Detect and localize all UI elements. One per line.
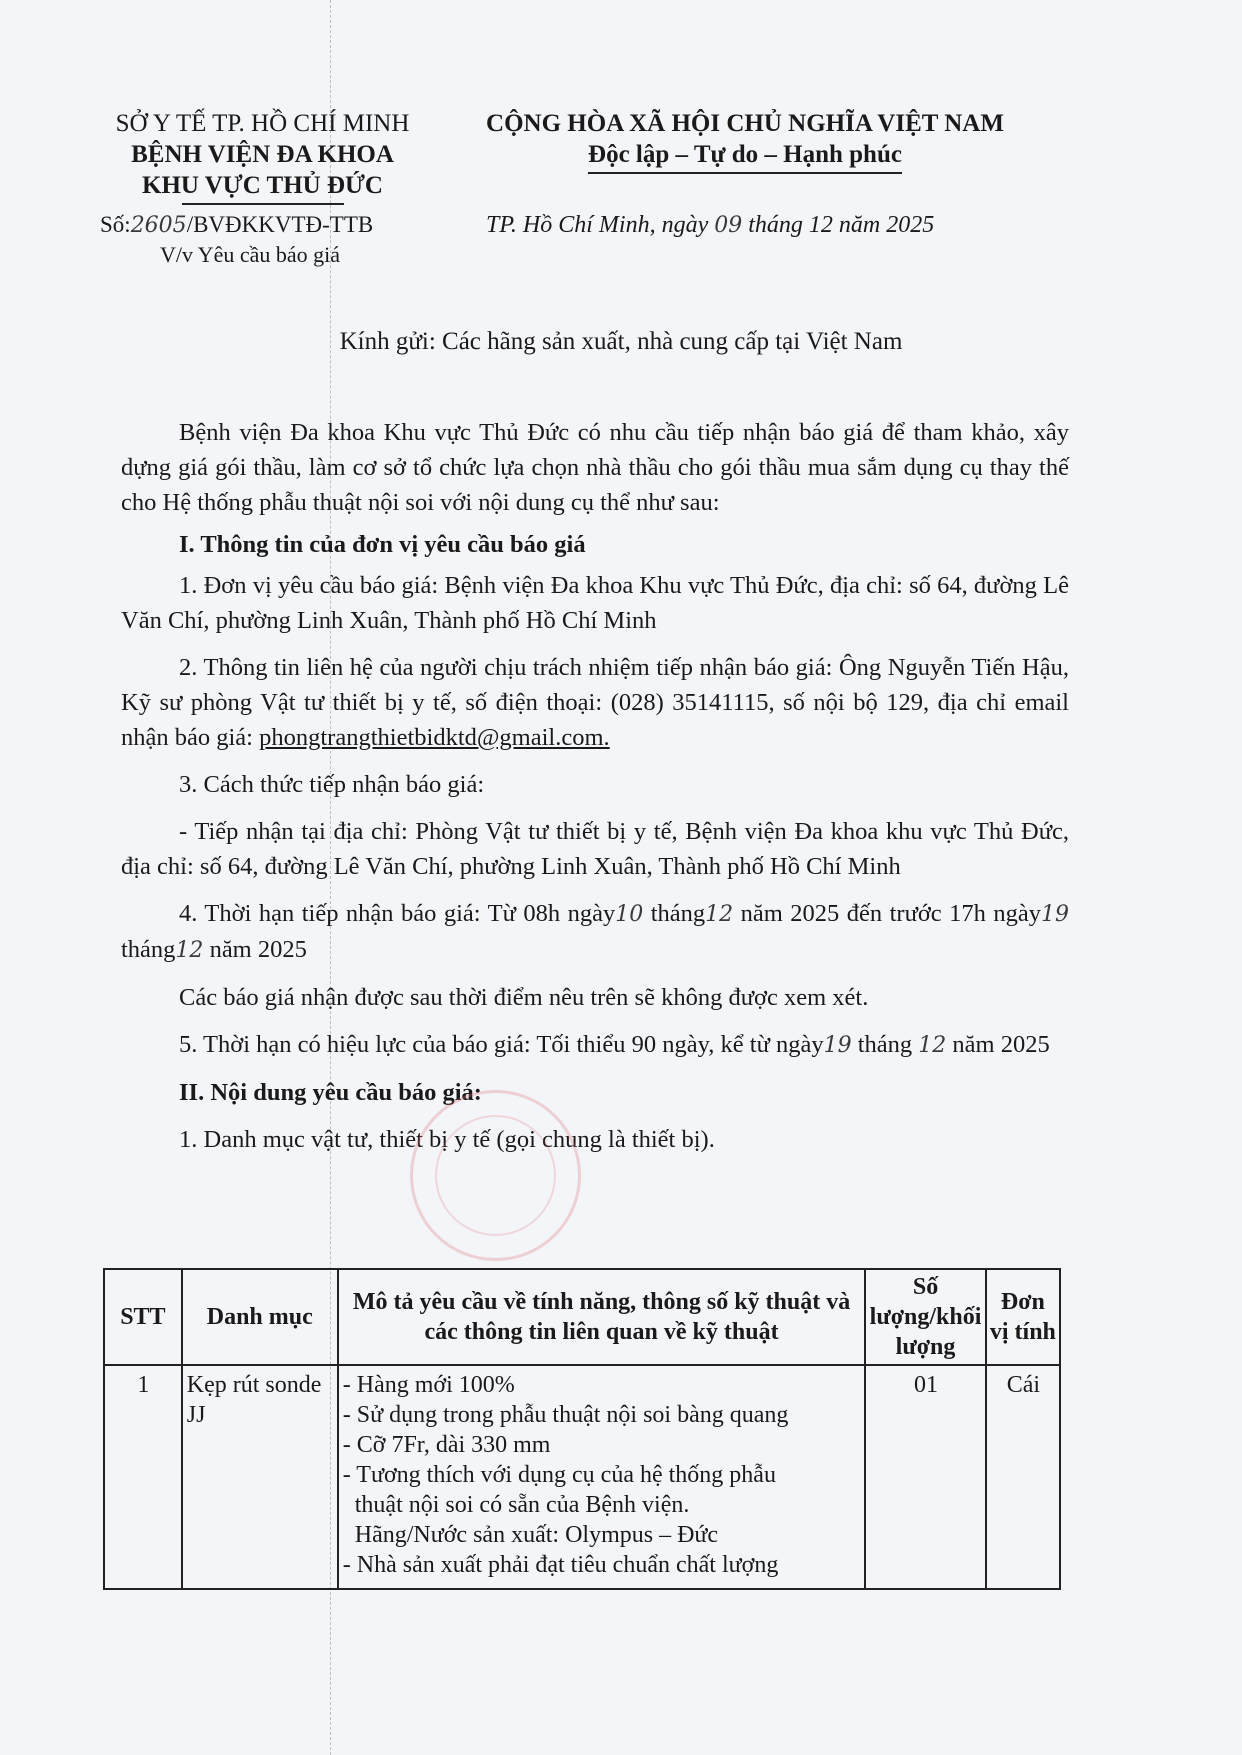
section-1-title: I. Thông tin của đơn vị yêu cầu báo giá — [121, 527, 1069, 562]
late-quote-note: Các báo giá nhận được sau thời điểm nêu … — [121, 980, 1069, 1015]
section-1-item-2: 2. Thông tin liên hệ của người chịu trác… — [121, 650, 1069, 755]
agency-underline — [182, 203, 344, 205]
validity-day: 19 — [824, 1033, 852, 1058]
doc-number-handwritten: 2605 — [131, 213, 187, 238]
document-date: TP. Hồ Chí Minh, ngày 09 tháng 12 năm 20… — [486, 212, 934, 239]
desc-line: - Hàng mới 100% — [343, 1370, 862, 1400]
cell-description: - Hàng mới 100% - Sử dụng trong phẫu thu… — [338, 1365, 866, 1589]
deadline-text-5: năm 2025 — [203, 936, 306, 963]
col-stt: STT — [104, 1269, 182, 1365]
agency-line-1: SỞ Y TẾ TP. HỒ CHÍ MINH — [90, 108, 435, 139]
section-1-item-1: 1. Đơn vị yêu cầu báo giá: Bệnh viện Đa … — [121, 568, 1069, 638]
red-seal-stamp — [410, 1090, 581, 1261]
cell-stt: 1 — [104, 1365, 182, 1589]
intro-paragraph: Bệnh viện Đa khoa Khu vực Thủ Đức có nhu… — [121, 415, 1069, 520]
table-row: 1 Kẹp rút sonde JJ - Hàng mới 100% - Sử … — [104, 1365, 1060, 1589]
desc-line: - Sử dụng trong phẫu thuật nội soi bàng … — [343, 1400, 862, 1430]
desc-line: - Tương thích với dụng cụ của hệ thống p… — [343, 1460, 862, 1490]
cell-name: Kẹp rút sonde JJ — [182, 1365, 338, 1589]
deadline-text-3: năm 2025 đến trước 17h ngày — [733, 900, 1041, 927]
col-quantity: Số lượng/khối lượng — [865, 1269, 985, 1365]
section-1: I. Thông tin của đơn vị yêu cầu báo giá … — [121, 527, 1069, 1157]
validity-month: 12 — [918, 1033, 946, 1058]
document-subject: V/v Yêu cầu báo giá — [160, 242, 340, 268]
validity-text-1: 5. Thời hạn có hiệu lực của báo giá: Tối… — [179, 1031, 824, 1058]
desc-line: Hãng/Nước sản xuất: Olympus – Đức — [343, 1520, 862, 1550]
desc-line: - Nhà sản xuất phải đạt tiêu chuẩn chất … — [343, 1550, 862, 1580]
col-unit: Đơn vị tính — [986, 1269, 1060, 1365]
document-page: SỞ Y TẾ TP. HỒ CHÍ MINH BỆNH VIỆN ĐA KHO… — [0, 0, 1242, 1755]
date-day-handwritten: 09 — [714, 213, 742, 238]
deadline-end-day: 19 — [1041, 902, 1069, 927]
date-suffix: tháng 12 năm 2025 — [742, 212, 934, 238]
deadline-text-2: tháng — [643, 900, 705, 927]
salutation: Kính gửi: Các hãng sản xuất, nhà cung cấ… — [0, 328, 1242, 356]
section-1-item-4: 4. Thời hạn tiếp nhận báo giá: Từ 08h ng… — [121, 896, 1069, 968]
section-2-item-1: 1. Danh mục vật tư, thiết bị y tế (gọi c… — [121, 1122, 1069, 1157]
contact-email-link[interactable]: phongtrangthietbidktd@gmail.com. — [259, 724, 610, 751]
deadline-text-4: tháng — [121, 936, 175, 963]
document-number: Số:2605/BVĐKKVTĐ-TTB — [100, 212, 373, 238]
intro-text: Bệnh viện Đa khoa Khu vực Thủ Đức có nhu… — [121, 415, 1069, 520]
desc-line: - Cỡ 7Fr, dài 330 mm — [343, 1430, 862, 1460]
agency-line-3: KHU VỰC THỦ ĐỨC — [90, 170, 435, 201]
date-prefix: TP. Hồ Chí Minh, ngày — [486, 212, 714, 238]
section-1-item-5: 5. Thời hạn có hiệu lực của báo giá: Tối… — [121, 1027, 1069, 1063]
national-motto-block: CỘNG HÒA XÃ HỘI CHỦ NGHĨA VIỆT NAM Độc l… — [440, 108, 1050, 174]
validity-text-2: tháng — [852, 1031, 919, 1058]
equipment-table: STT Danh mục Mô tả yêu cầu về tính năng,… — [103, 1268, 1061, 1590]
section-1-item-3-detail: - Tiếp nhận tại địa chỉ: Phòng Vật tư th… — [121, 814, 1069, 884]
cell-quantity: 01 — [865, 1365, 985, 1589]
deadline-start-day: 10 — [615, 902, 643, 927]
nation-motto: Độc lập – Tự do – Hạnh phúc — [588, 139, 902, 174]
desc-line: thuật nội soi có sẵn của Bệnh viện. — [343, 1490, 862, 1520]
doc-number-suffix: /BVĐKKVTĐ-TTB — [187, 212, 374, 237]
deadline-end-month: 12 — [175, 938, 203, 963]
table-header-row: STT Danh mục Mô tả yêu cầu về tính năng,… — [104, 1269, 1060, 1365]
nation-line-1: CỘNG HÒA XÃ HỘI CHỦ NGHĨA VIỆT NAM — [440, 108, 1050, 139]
issuing-agency-block: SỞ Y TẾ TP. HỒ CHÍ MINH BỆNH VIỆN ĐA KHO… — [90, 108, 435, 205]
cell-unit: Cái — [986, 1365, 1060, 1589]
col-description: Mô tả yêu cầu về tính năng, thông số kỹ … — [338, 1269, 866, 1365]
validity-text-3: năm 2025 — [946, 1031, 1049, 1058]
col-name: Danh mục — [182, 1269, 338, 1365]
section-2-title: II. Nội dung yêu cầu báo giá: — [121, 1075, 1069, 1110]
agency-line-2: BỆNH VIỆN ĐA KHOA — [90, 139, 435, 170]
deadline-text-1: 4. Thời hạn tiếp nhận báo giá: Từ 08h ng… — [179, 900, 615, 927]
doc-number-prefix: Số: — [100, 212, 131, 237]
section-1-item-3-title: 3. Cách thức tiếp nhận báo giá: — [121, 767, 1069, 802]
deadline-start-month: 12 — [705, 902, 733, 927]
